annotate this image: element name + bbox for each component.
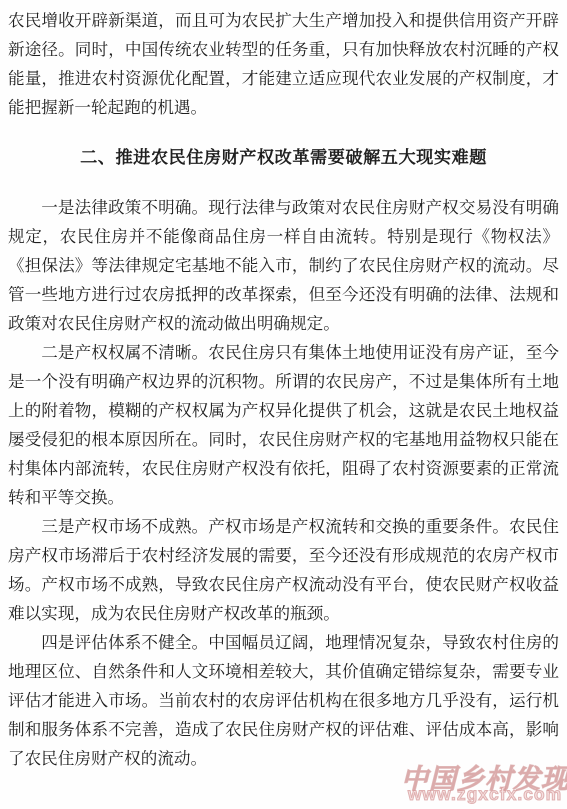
watermark-url: www.zgxcfx.com [401,784,567,804]
paragraph-point-3: 三是产权市场不成熟。产权市场是产权流转和交换的重要条件。农民住房产权市场滞后于农… [8,512,559,628]
section-body: 一是法律政策不明确。现行法律与政策对农民住房财产权交易没有明确规定，农民住房并不… [8,193,559,773]
paragraph-point-1: 一是法律政策不明确。现行法律与政策对农民住房财产权交易没有明确规定，农民住房并不… [8,193,559,338]
section-heading: 二、推进农民住房财产权改革需要破解五大现实难题 [8,143,559,172]
paragraph-point-4: 四是评估体系不健全。中国幅员辽阔，地理情况复杂，导致农村住房的地理区位、自然条件… [8,628,559,773]
paragraph-intro: 农民增收开辟新渠道，而且可为农民扩大生产增加投入和提供信用资产开辟新途径。同时，… [8,6,559,122]
document-page: 农民增收开辟新渠道，而且可为农民扩大生产增加投入和提供信用资产开辟新途径。同时，… [0,0,567,809]
paragraph-point-2: 二是产权权属不清晰。农民住房只有集体土地使用证没有房产证，至今是一个没有明确产权… [8,338,559,512]
